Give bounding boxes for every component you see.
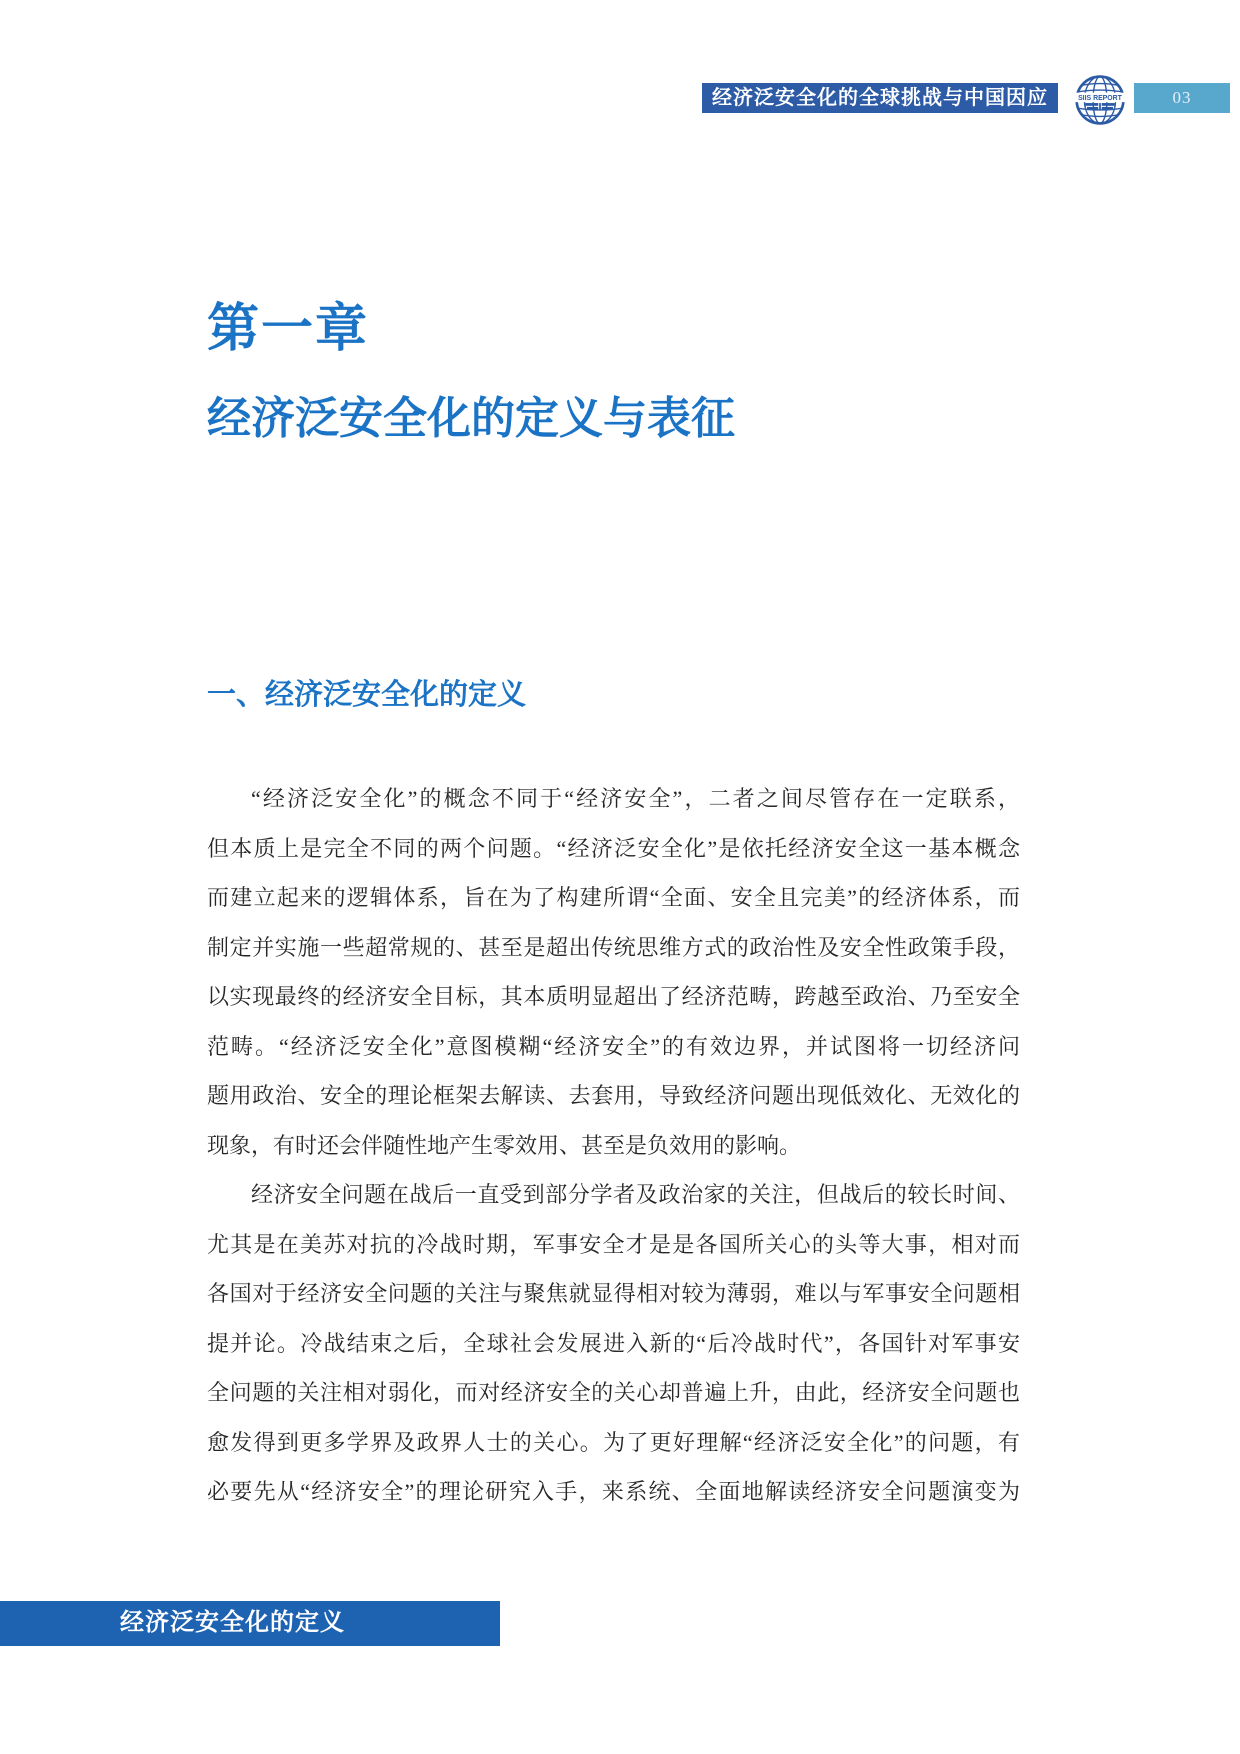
body-text: “经济泛安全化”的概念不同于“经济安全”，二者之间尽管存在一定联系，但本质上是完…: [207, 774, 1020, 1517]
body-line: 尤其是在美苏对抗的冷战时期，军事安全才是是各国所关心的头等大事，相对而言，: [207, 1220, 1020, 1270]
logo-text: SIIS REPORT: [1078, 95, 1123, 102]
section-heading: 一、经济泛安全化的定义: [207, 678, 526, 713]
body-line: 经济安全问题在战后一直受到部分学者及政治家的关注，但战后的较长时间、: [207, 1170, 1020, 1220]
footer-label: 经济泛安全化的定义: [120, 1601, 345, 1646]
chapter-number: 第一章: [207, 300, 369, 360]
page-number: 03: [1173, 88, 1192, 107]
body-line: “经济泛安全化”的概念不同于“经济安全”，二者之间尽管存在一定联系，: [207, 774, 1020, 824]
body-line: 但本质上是完全不同的两个问题。“经济泛安全化”是依托经济安全这一基本概念: [207, 824, 1020, 874]
body-line: 愈发得到更多学界及政界人士的关心。为了更好理解“经济泛安全化”的问题，有: [207, 1418, 1020, 1468]
body-line: 提并论。冷战结束之后，全球社会发展进入新的“后冷战时代”，各国针对军事安: [207, 1319, 1020, 1369]
siis-globe-logo-icon: SIIS REPORT: [1074, 74, 1126, 126]
header-banner-title: 经济泛安全化的全球挑战与中国因应: [712, 87, 1048, 109]
body-line: 全问题的关注相对弱化，而对经济安全的关心却普遍上升，由此，经济安全问题也: [207, 1368, 1020, 1418]
body-line: 以实现最终的经济安全目标，其本质明显超出了经济范畴，跨越至政治、乃至安全: [207, 972, 1020, 1022]
body-line: 制定并实施一些超常规的、甚至是超出传统思维方式的政治性及安全性政策手段，: [207, 923, 1020, 973]
body-line: 各国对于经济安全问题的关注与聚焦就显得相对较为薄弱，难以与军事安全问题相: [207, 1269, 1020, 1319]
report-page: 经济泛安全化的全球挑战与中国因应 SIIS REPORT: [0, 0, 1240, 1754]
body-line: 必要先从“经济安全”的理论研究入手，来系统、全面地解读经济安全问题演变为: [207, 1467, 1020, 1517]
body-line: 题用政治、安全的理论框架去解读、去套用，导致经济问题出现低效化、无效化的: [207, 1071, 1020, 1121]
footer-bar: 经济泛安全化的定义: [0, 1601, 500, 1646]
header-banner: 经济泛安全化的全球挑战与中国因应: [702, 83, 1058, 113]
body-line: 现象，有时还会伴随性地产生零效用、甚至是负效用的影响。: [207, 1121, 1020, 1171]
body-line: 而建立起来的逻辑体系，旨在为了构建所谓“全面、安全且完美”的经济体系，而: [207, 873, 1020, 923]
body-line: 范畴。“经济泛安全化”意图模糊“经济安全”的有效边界，并试图将一切经济问: [207, 1022, 1020, 1072]
chapter-title: 经济泛安全化的定义与表征: [207, 394, 735, 445]
page-number-badge: 03: [1134, 83, 1230, 113]
